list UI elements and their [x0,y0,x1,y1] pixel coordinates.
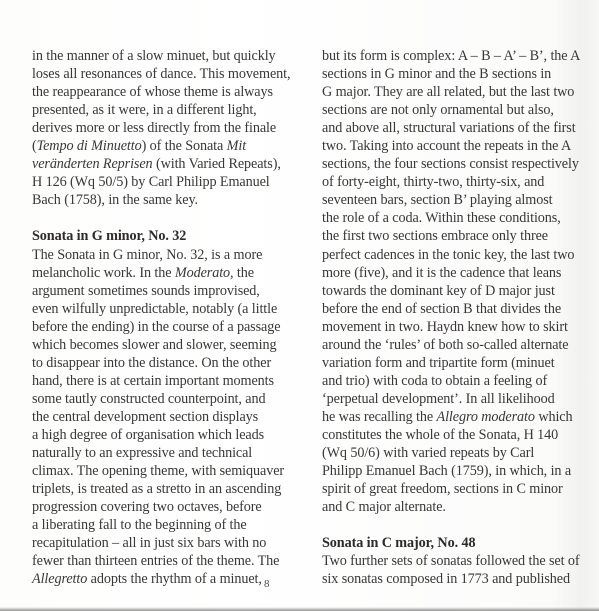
text-fragment: ) of the Sonata [142,138,227,154]
text-line: the reappearance of whose theme is alway… [32,83,294,101]
text-line: derives more or less directly from the f… [32,119,294,137]
text-line: around the ‘rules’ of both so-called alt… [322,336,584,354]
text-line: loses all resonances of dance. This move… [32,65,294,83]
text-line: sections in G minor and the B sections i… [322,65,584,83]
paragraph-gap [322,516,584,534]
text-line: before the end of section B that divides… [322,300,584,318]
paragraph-gap [32,209,294,227]
text-line: spirit of great freedom, sections in C m… [322,480,584,498]
text-fragment: melancholic work. In the [32,265,175,281]
text-line: H 126 (Wq 50/5) by Carl Philipp Emanuel [32,173,294,191]
text-fragment: which [535,409,573,425]
text-line: of forty-eight, thirty-two, thirty-six, … [322,173,584,191]
text-line: six sonatas composed in 1773 and publish… [322,570,584,588]
text-line: argument sometimes sounds improvised, [32,282,294,300]
text-line: variation form and tripartite form (minu… [322,354,584,372]
right-column: but its form is complex: A – B – A’ – B’… [322,47,584,588]
text-line: seventeen bars, section B’ playing almos… [322,191,584,209]
left-column: in the manner of a slow minuet, but quic… [32,47,294,588]
text-line: constitutes the whole of the Sonata, H 1… [322,426,584,444]
text-line: Two further sets of sonatas followed the… [322,552,584,570]
booklet-page: in the manner of a slow minuet, but quic… [0,0,599,611]
text-line: Bach (1758), in the same key. [32,191,294,209]
page-edge-shadow [0,607,599,611]
text-line: some tautly constructed counterpoint, an… [32,390,294,408]
text-line: and trio) with coda to obtain a feeling … [322,372,584,390]
text-line: climax. The opening theme, with semiquav… [32,462,294,480]
text-line: the central development section displays [32,408,294,426]
text-line: progression covering two octaves, before [32,498,294,516]
text-line: presented, as it were, in a different li… [32,101,294,119]
text-fragment: (with Varied Repeats), [153,156,281,172]
text-line: G major. They are all related, but the l… [322,83,584,101]
text-line: Philipp Emanuel Bach (1759), in which, i… [322,462,584,480]
page-number: 8 [264,578,270,590]
text-line: and above all, structural variations of … [322,119,584,137]
italic-title: Mit [227,138,246,154]
text-line: movement in two. Haydn knew how to skirt [322,318,584,336]
text-line: towards the dominant key of D major just [322,282,584,300]
text-line: (Wq 50/6) with varied repeats by Carl [322,444,584,462]
text-line: the first two sections embrace only thre… [322,227,584,245]
text-line: fewer than thirteen entries of the theme… [32,552,294,570]
text-fragment: , the [230,265,254,281]
text-line: and C major alternate. [322,498,584,516]
italic-title: Allegretto [32,571,87,587]
text-line: a liberating fall to the beginning of th… [32,516,294,534]
section-heading: Sonata in G minor, No. 32 [32,227,294,245]
text-line: veränderten Reprisen (with Varied Repeat… [32,155,294,173]
text-line: sections are not only ornamental but als… [322,101,584,119]
italic-title: Tempo di Minuetto [37,138,142,154]
text-line: sections, the four sections consist resp… [322,155,584,173]
text-line: more (five), and it is the cadence that … [322,264,584,282]
text-fragment: adopts the rhythm of a minuet, [87,571,262,587]
text-line: in the manner of a slow minuet, but quic… [32,47,294,65]
text-fragment: he was recalling the [322,409,437,425]
text-line: Allegretto adopts the rhythm of a minuet… [32,570,294,588]
text-line: hand, there is at certain important mome… [32,372,294,390]
text-line: two. Taking into account the repeats in … [322,137,584,155]
text-line: but its form is complex: A – B – A’ – B’… [322,47,584,65]
text-line: naturally to an expressive and technical [32,444,294,462]
text-line: to disappear into the distance. On the o… [32,354,294,372]
text-line: (Tempo di Minuetto) of the Sonata Mit [32,137,294,155]
text-line: perfect cadences in the tonic key, the l… [322,246,584,264]
text-line: before the ending) in the course of a pa… [32,318,294,336]
text-line: triplets, is treated as a stretto in an … [32,480,294,498]
text-line: recapitulation – all in just six bars wi… [32,534,294,552]
text-line: a high degree of organisation which lead… [32,426,294,444]
text-line: ‘perpetual development’. In all likeliho… [322,390,584,408]
text-line: even wilfully unpredictable, notably (a … [32,300,294,318]
text-line: he was recalling the Allegro moderato wh… [322,408,584,426]
italic-title: Moderato [175,265,230,281]
section-heading: Sonata in C major, No. 48 [322,534,584,552]
italic-title: Allegro moderato [437,409,535,425]
text-line: the role of a coda. Within these conditi… [322,209,584,227]
italic-title: veränderten Reprisen [32,156,153,172]
text-line: which becomes slower and slower, seeming [32,336,294,354]
text-line: melancholic work. In the Moderato, the [32,264,294,282]
text-line: The Sonata in G minor, No. 32, is a more [32,246,294,264]
